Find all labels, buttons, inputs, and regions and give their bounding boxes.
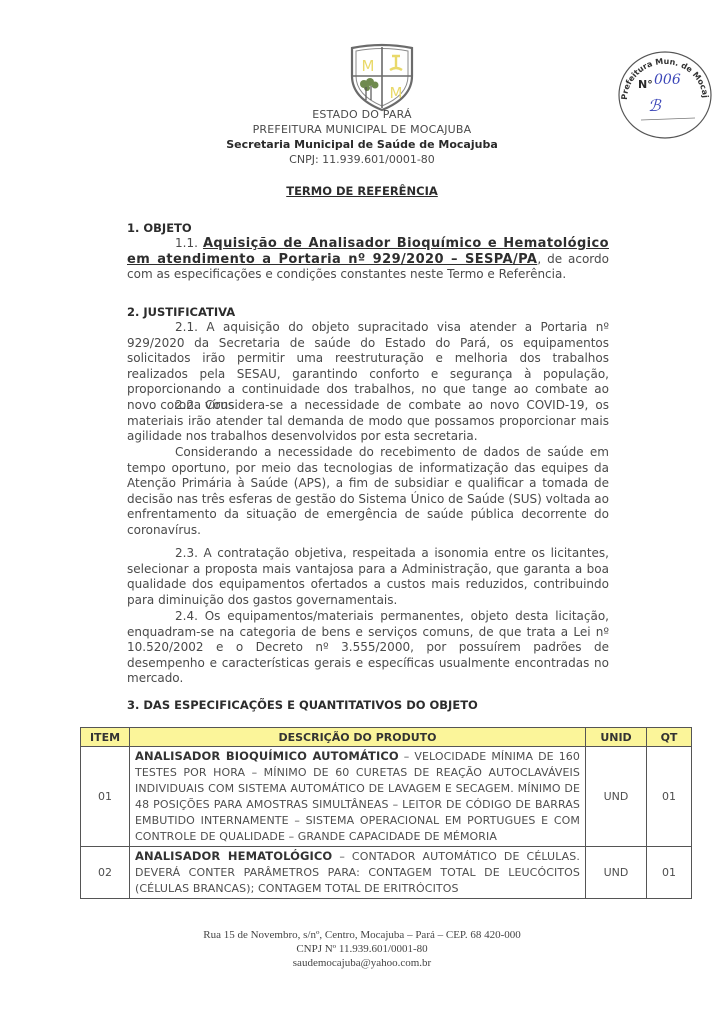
- item-number: 01: [81, 747, 130, 847]
- paragraph-number: 2.4.: [175, 609, 198, 623]
- paragraph-text: Considerando a necessidade do recebiment…: [127, 445, 609, 537]
- table-row: 01 ANALISADOR BIOQUÍMICO AUTOMÁTICO – VE…: [81, 747, 692, 847]
- item-spec: – VELOCIDADE MÍNIMA DE 160 TESTES POR HO…: [135, 750, 580, 843]
- item-description: ANALISADOR BIOQUÍMICO AUTOMÁTICO – VELOC…: [130, 747, 586, 847]
- section-heading-especificacoes: 3. DAS ESPECIFICAÇÕES E QUANTITATIVOS DO…: [127, 698, 478, 712]
- item-number: 02: [81, 847, 130, 899]
- stamp-signature: ℬ: [648, 96, 661, 115]
- paragraph-text: A contratação objetiva, respeitada a iso…: [127, 546, 609, 607]
- section-heading-justificativa: 2. JUSTIFICATIVA: [127, 305, 235, 319]
- item-unit: UND: [586, 747, 647, 847]
- column-header-unit: UNID: [586, 728, 647, 747]
- paragraph-text: Os equipamentos/materiais permanentes, o…: [127, 609, 609, 685]
- paragraph-2-3: 2.3. A contratação objetiva, respeitada …: [127, 546, 609, 608]
- footer-email: saudemocajuba@yahoo.com.br: [0, 956, 724, 970]
- stamp-number-label: N°: [638, 78, 653, 91]
- protocol-stamp-icon: Prefeitura Mun. de Mocajuba: [613, 48, 717, 142]
- item-qty: 01: [647, 747, 692, 847]
- paragraph-2-2-cont: Considerando a necessidade do recebiment…: [127, 445, 609, 538]
- paragraph-number: 2.1.: [175, 320, 198, 334]
- footer-cnpj: CNPJ Nº 11.939.601/0001-80: [0, 942, 724, 956]
- paragraph-2-2: 2.2. Considera-se a necessidade de comba…: [127, 398, 609, 445]
- item-name: ANALISADOR HEMATOLÓGICO: [135, 849, 332, 863]
- paragraph-1-1: 1.1. Aquisição de Analisador Bioquímico …: [127, 236, 609, 283]
- document-title: TERMO DE REFERÊNCIA: [0, 184, 724, 198]
- specifications-table: ITEM DESCRIÇÃO DO PRODUTO UNID QT 01 ANA…: [80, 727, 692, 899]
- section-heading-objeto: 1. OBJETO: [127, 221, 192, 235]
- item-qty: 01: [647, 847, 692, 899]
- column-header-qty: QT: [647, 728, 692, 747]
- footer-address: Rua 15 de Novembro, s/nº, Centro, Mocaju…: [0, 928, 724, 942]
- table-row: 02 ANALISADOR HEMATOLÓGICO – CONTADOR AU…: [81, 847, 692, 899]
- coat-of-arms-icon: M M: [346, 40, 418, 112]
- document-page: M M ESTADO DO PARÁ PREFEITURA MUNICIPAL …: [0, 0, 724, 1024]
- item-unit: UND: [586, 847, 647, 899]
- column-header-item: ITEM: [81, 728, 130, 747]
- paragraph-number: 1.1.: [175, 236, 198, 250]
- paragraph-number: 2.2.: [175, 398, 198, 412]
- stamp-number-value: 006: [654, 72, 681, 88]
- paragraph-2-4: 2.4. Os equipamentos/materiais permanent…: [127, 609, 609, 687]
- column-header-description: DESCRIÇÃO DO PRODUTO: [130, 728, 586, 747]
- item-name: ANALISADOR BIOQUÍMICO AUTOMÁTICO: [135, 749, 399, 763]
- table-header-row: ITEM DESCRIÇÃO DO PRODUTO UNID QT: [81, 728, 692, 747]
- item-description: ANALISADOR HEMATOLÓGICO – CONTADOR AUTOM…: [130, 847, 586, 899]
- paragraph-text: Considera-se a necessidade de combate ao…: [127, 398, 609, 443]
- svg-text:M: M: [362, 57, 375, 75]
- svg-text:M: M: [390, 84, 403, 102]
- paragraph-number: 2.3.: [175, 546, 198, 560]
- header-cnpj: CNPJ: 11.939.601/0001-80: [0, 153, 724, 167]
